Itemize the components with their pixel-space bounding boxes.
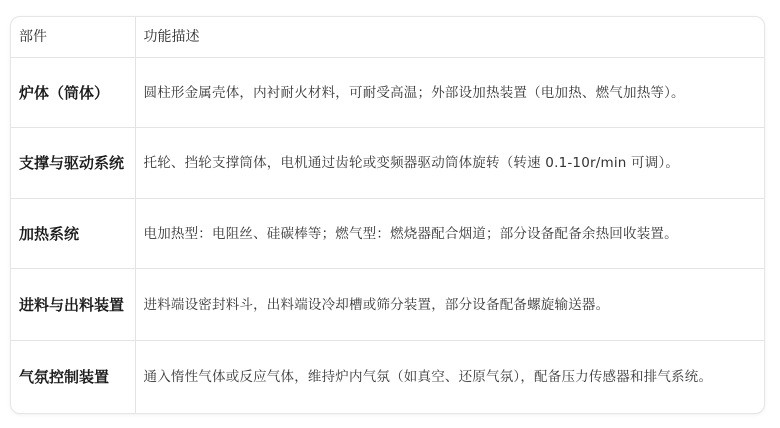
header-description: 功能描述 <box>135 17 764 58</box>
row-description: 进料端设密封料斗，出料端设冷却槽或筛分装置，部分设备配备螺旋输送器。 <box>135 269 764 341</box>
row-part: 气氛控制装置 <box>11 341 135 413</box>
row-description: 托轮、挡轮支撑筒体，电机通过齿轮或变频器驱动筒体旋转（转速 0.1-10r/mi… <box>135 128 764 199</box>
table-row: 炉体（筒体） 圆柱形金属壳体，内衬耐火材料，可耐受高温；外部设加热装置（电加热、… <box>11 58 764 128</box>
row-description: 圆柱形金属壳体，内衬耐火材料，可耐受高温；外部设加热装置（电加热、燃气加热等）。 <box>135 58 764 128</box>
table-row: 支撑与驱动系统 托轮、挡轮支撑筒体，电机通过齿轮或变频器驱动筒体旋转（转速 0.… <box>11 128 764 199</box>
header-part: 部件 <box>11 17 135 58</box>
table-header-row: 部件 功能描述 <box>11 17 764 58</box>
table-row: 气氛控制装置 通入惰性气体或反应气体，维持炉内气氛（如真空、还原气氛），配备压力… <box>11 341 764 413</box>
row-part: 支撑与驱动系统 <box>11 128 135 199</box>
table-row: 加热系统 电加热型：电阻丝、硅碳棒等；燃气型：燃烧器配合烟道；部分设备配备余热回… <box>11 199 764 269</box>
row-part: 加热系统 <box>11 199 135 269</box>
row-description: 电加热型：电阻丝、硅碳棒等；燃气型：燃烧器配合烟道；部分设备配备余热回收装置。 <box>135 199 764 269</box>
row-part: 进料与出料装置 <box>11 269 135 341</box>
row-part: 炉体（筒体） <box>11 58 135 128</box>
table-row: 进料与出料装置 进料端设密封料斗，出料端设冷却槽或筛分装置，部分设备配备螺旋输送… <box>11 269 764 341</box>
row-description: 通入惰性气体或反应气体，维持炉内气氛（如真空、还原气氛），配备压力传感器和排气系… <box>135 341 764 413</box>
components-table: 部件 功能描述 炉体（筒体） 圆柱形金属壳体，内衬耐火材料，可耐受高温；外部设加… <box>11 17 764 413</box>
components-table-card: 部件 功能描述 炉体（筒体） 圆柱形金属壳体，内衬耐火材料，可耐受高温；外部设加… <box>10 16 765 414</box>
